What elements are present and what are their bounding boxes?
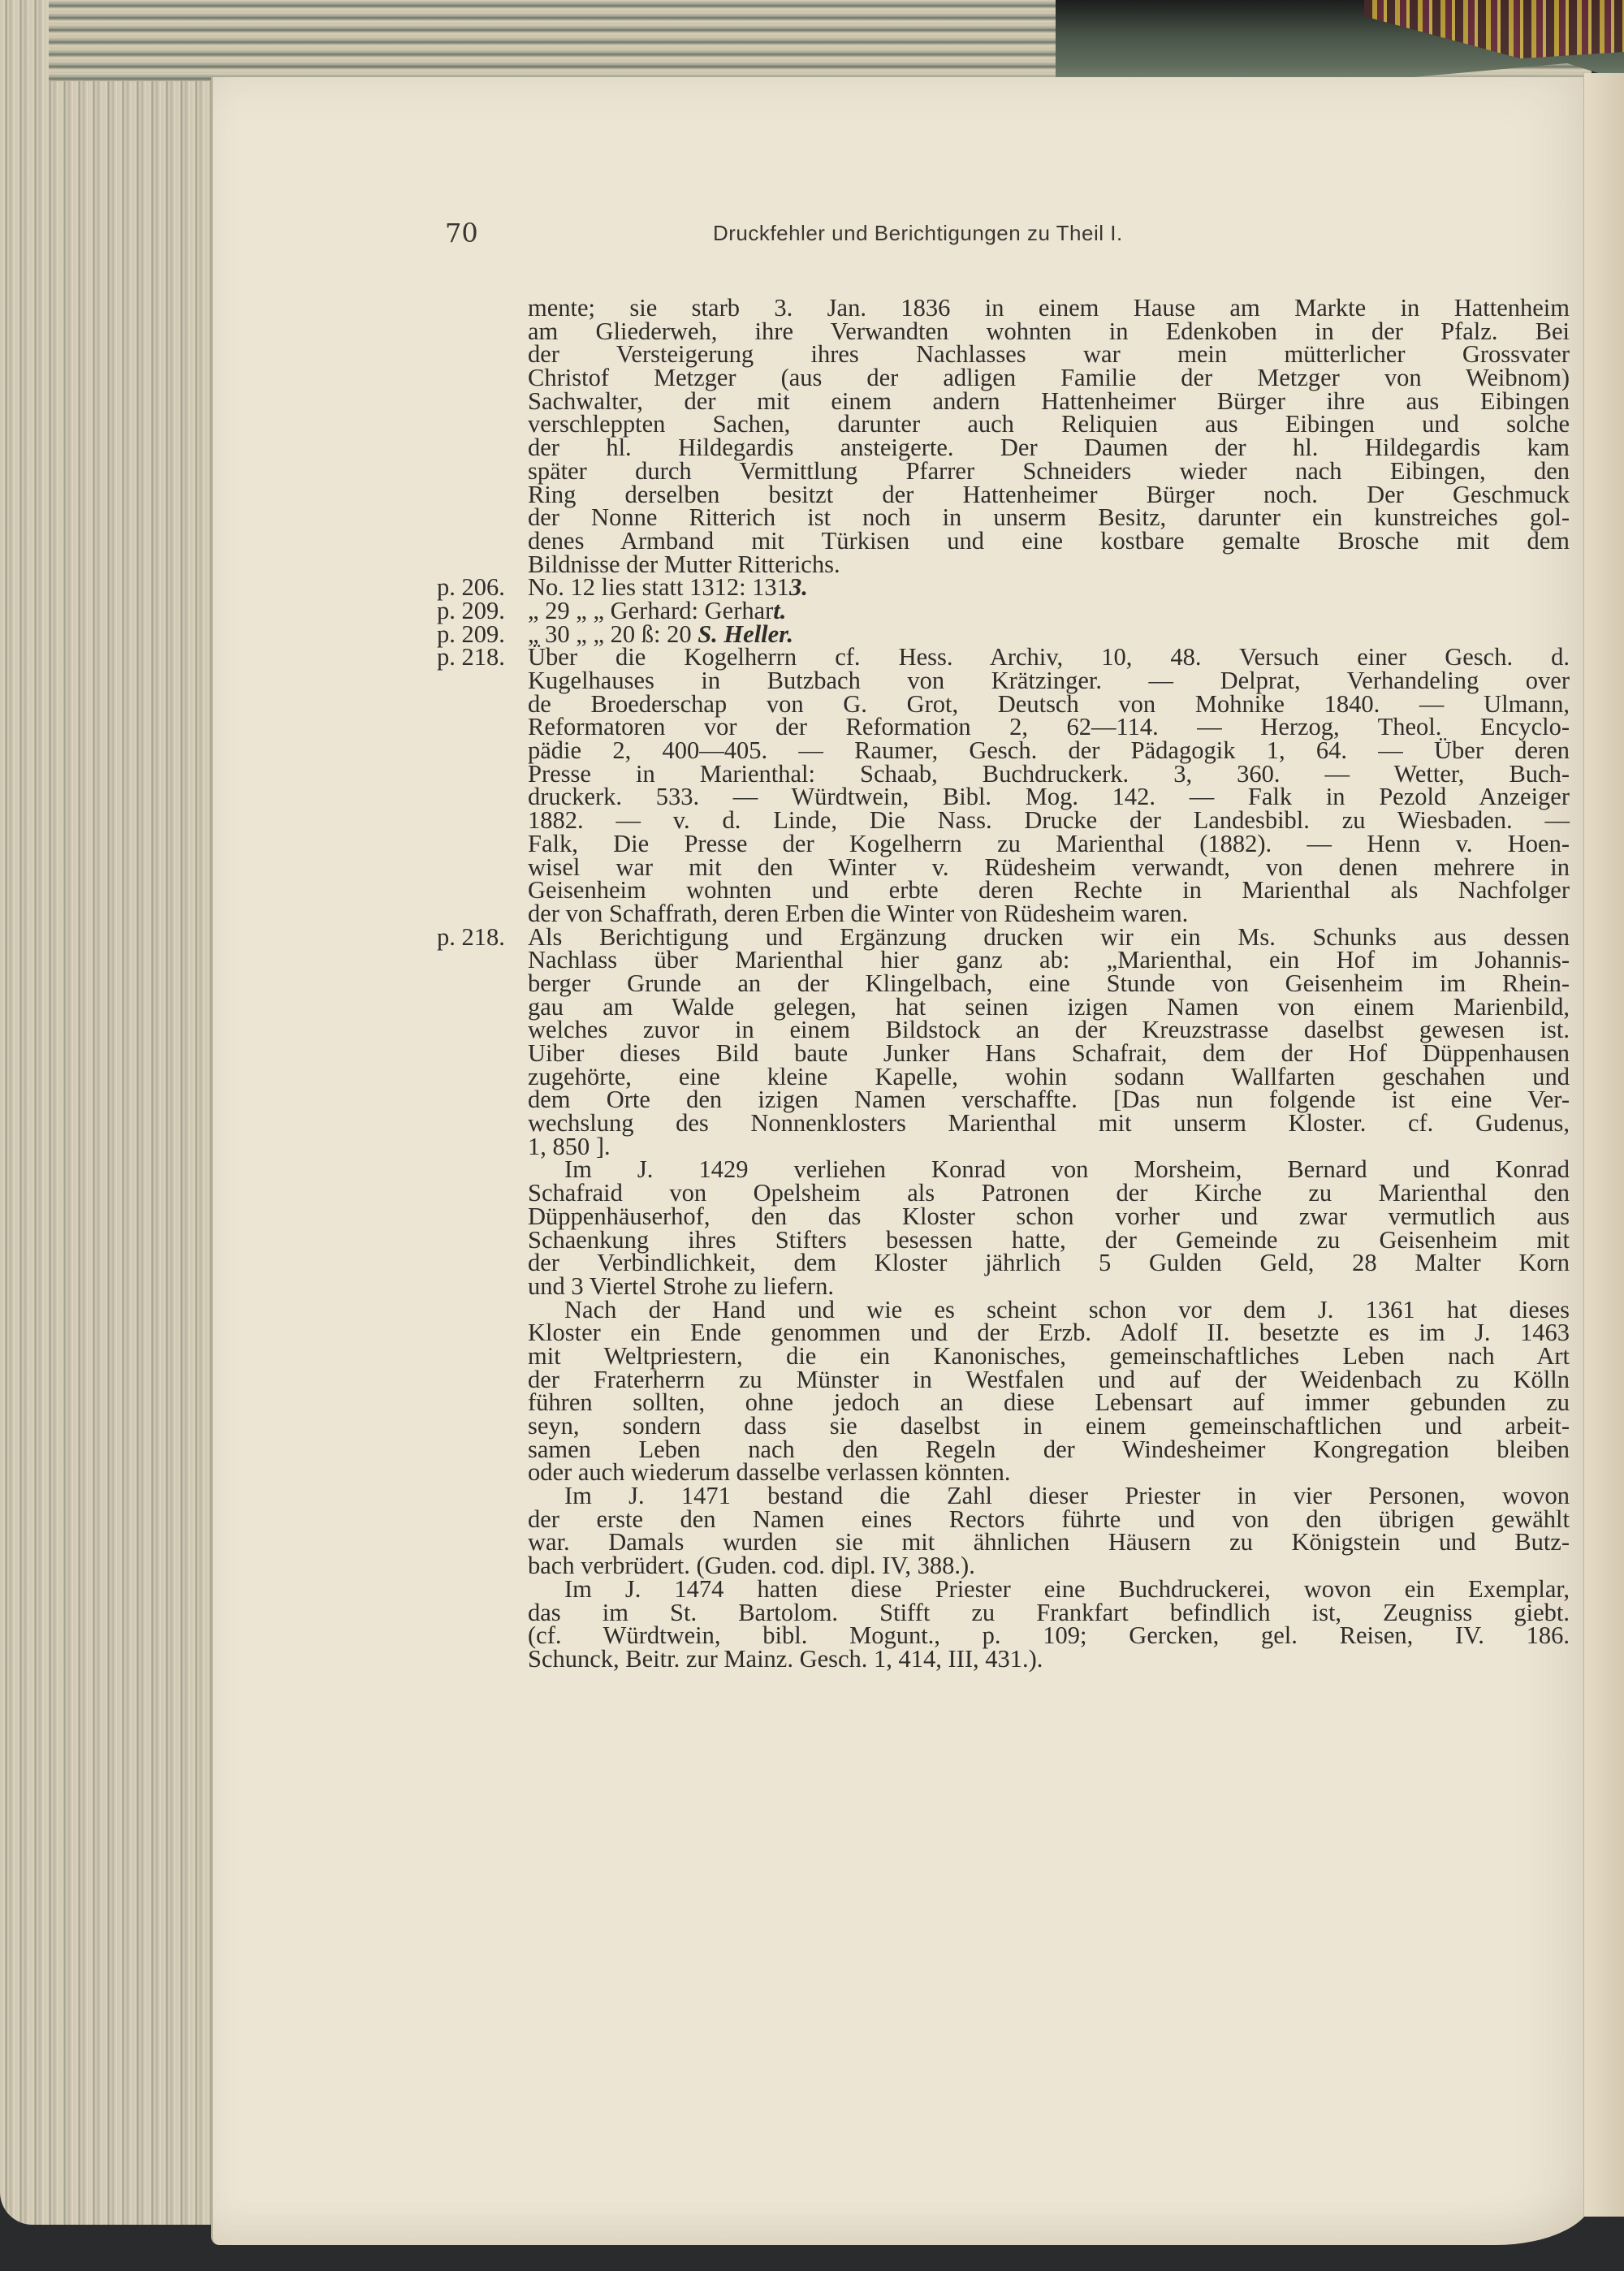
text-line: und 3 Viertel Strohe zu liefern. [528,1275,1570,1298]
correction-emphasis: 3. [789,573,808,601]
text-line: Geisenheim wohnten und erbte deren Recht… [528,879,1570,902]
text-line: der von Schaffrath, deren Erben die Wint… [528,902,1570,926]
text-line: war. Damals wurden sie mit ähnlichen Häu… [528,1531,1570,1554]
text-line: 1, 850 ]. [528,1135,1570,1159]
text-line: oder auch wiederum dasselbe verlassen kö… [528,1461,1570,1484]
facing-page-edge [1583,73,1624,2217]
text-line: seyn, sondern dass sie daselbst in einem… [528,1414,1570,1438]
correction-entry: p. 206. No. 12 lies statt 1312: 1313. [437,576,1570,599]
paragraph-1471: Im J. 1471 bestand die Zahl dieser Pries… [528,1484,1570,1578]
continuation-paragraph: mente; sie starb 3. Jan. 1836 in einem H… [437,296,1570,576]
text-line: der Fraterherrn zu Münster in Westfalen … [528,1368,1570,1392]
text-line: Nachlass über Marienthal hier ganz ab: „… [528,948,1570,972]
text-line: gau am Walde gelegen, hat seinen izigen … [528,995,1570,1019]
text-line: Presse in Marienthal: Schaab, Buchdrucke… [528,762,1570,786]
running-head-title: Druckfehler und Berichtigungen zu Theil … [713,221,1123,246]
text-line: später durch Vermittlung Pfarrer Schneid… [528,460,1570,483]
text-line: Im J. 1429 verliehen Konrad von Morsheim… [528,1158,1570,1181]
text-line: Kugelhauses in Butzbach von Krätzinger. … [528,669,1570,693]
page-number: 70 [445,218,478,248]
text-line: Uiber dieses Bild baute Junker Hans Scha… [528,1042,1570,1065]
text-line: Falk, Die Presse der Kogelherrn zu Marie… [528,832,1570,856]
text-line: Über die Kogelherrn cf. Hess. Archiv, 10… [528,645,1570,669]
text-line: 1882. — v. d. Linde, Die Nass. Drucke de… [528,809,1570,832]
text-line: mente; sie starb 3. Jan. 1836 in einem H… [528,296,1570,320]
text-line: führen sollten, ohne jedoch an diese Leb… [528,1391,1570,1414]
entry-label: p. 206. [437,576,528,599]
correction-entry: p. 209. „ 29 „ „ Gerhard: Gerhart. [437,599,1570,623]
text-line: de Broederschap von G. Grot, Deutsch von… [528,693,1570,716]
text-line: der Verbindlichkeit, dem Kloster jährlic… [528,1251,1570,1275]
correction-entry: p. 209. „ 30 „ „ 20 ß: 20 S. Heller. [437,623,1570,646]
text-line: Reformatoren vor der Reformation 2, 62—1… [528,715,1570,739]
text-line: der hl. Hildegardis ansteigerte. Der Dau… [528,436,1570,460]
text-line: Sachwalter, der mit einem andern Hattenh… [528,390,1570,413]
text-line: Düppenhäuserhof, den das Kloster schon v… [528,1205,1570,1228]
text-line: Bildnisse der Mutter Ritterichs. [528,553,1570,576]
running-head: 70 Druckfehler und Berichtigungen zu The… [445,218,1566,250]
text-line: verschleppten Sachen, darunter auch Reli… [528,412,1570,436]
text-line: samen Leben nach den Regeln der Windeshe… [528,1438,1570,1461]
text-line: Schaenkung ihres Stifters besessen hatte… [528,1228,1570,1252]
text-line: dem Orte den izigen Namen verschaffte. [… [528,1088,1570,1112]
paragraph-1474: Im J. 1474 hatten diese Priester eine Bu… [528,1578,1570,1671]
paragraph-1361: Nach der Hand und wie es scheint schon v… [528,1298,1570,1485]
text-line: wisel war mit den Winter v. Rüdesheim ve… [528,856,1570,879]
correction-entry-218-kogelherrn: p. 218. Über die Kogelherrn cf. Hess. Ar… [437,645,1570,925]
book-page-edges-left [0,0,235,2225]
text-line: zugehörte, eine kleine Kapelle, wohin so… [528,1065,1570,1089]
entry-label: p. 209. [437,623,528,646]
text-line: am Gliederweh, ihre Verwandten wohnten i… [528,320,1570,343]
body-text: mente; sie starb 3. Jan. 1836 in einem H… [437,296,1570,1671]
text-line: denes Armband mit Türkisen und eine kost… [528,529,1570,553]
text-line: berger Grunde an der Klingelbach, eine S… [528,972,1570,995]
text-line: mit Weltpriestern, die ein Kanonisches, … [528,1345,1570,1368]
entry-label: p. 209. [437,599,528,623]
text-line: druckerk. 533. — Würdtwein, Bibl. Mog. 1… [528,785,1570,809]
entry-label: p. 218. [437,645,528,669]
text-line: Christof Metzger (aus der adligen Famili… [528,366,1570,390]
text-line: welches zuvor in einem Bildstock an der … [528,1018,1570,1042]
text-line: Als Berichtigung und Ergänzung drucken w… [528,926,1570,949]
text-line: der Versteigerung ihres Nachlasses war m… [528,343,1570,366]
paragraph-1429: Im J. 1429 verliehen Konrad von Morsheim… [528,1158,1570,1297]
text-line: Nach der Hand und wie es scheint schon v… [528,1298,1570,1322]
text-line: Im J. 1471 bestand die Zahl dieser Pries… [528,1484,1570,1508]
entry-label: p. 218. [437,926,528,949]
text-line: der erste den Namen eines Rectors führte… [528,1508,1570,1531]
text-line: Schafraid von Opelsheim als Patronen der… [528,1181,1570,1205]
text-line: Kloster ein Ende genommen und der Erzb. … [528,1321,1570,1345]
text-line: bach verbrüdert. (Guden. cod. dipl. IV, … [528,1554,1570,1578]
text-line: Im J. 1474 hatten diese Priester eine Bu… [528,1578,1570,1601]
text-line: Schunck, Beitr. zur Mainz. Gesch. 1, 414… [528,1647,1570,1671]
text-line: das im St. Bartolom. Stifft zu Frankfart… [528,1601,1570,1625]
text-line: der Nonne Ritterich ist noch in unserm B… [528,506,1570,529]
correction-entry-218-marienthal: p. 218. Als Berichtigung und Ergänzung d… [437,926,1570,1671]
text-line: wechslung des Nonnenklosters Marienthal … [528,1112,1570,1135]
text-line: pädie 2, 400—405. — Raumer, Gesch. der P… [528,739,1570,762]
text-line: (cf. Würdtwein, bibl. Mogunt., p. 109; G… [528,1624,1570,1647]
text-line: Ring derselben besitzt der Hattenheimer … [528,483,1570,507]
